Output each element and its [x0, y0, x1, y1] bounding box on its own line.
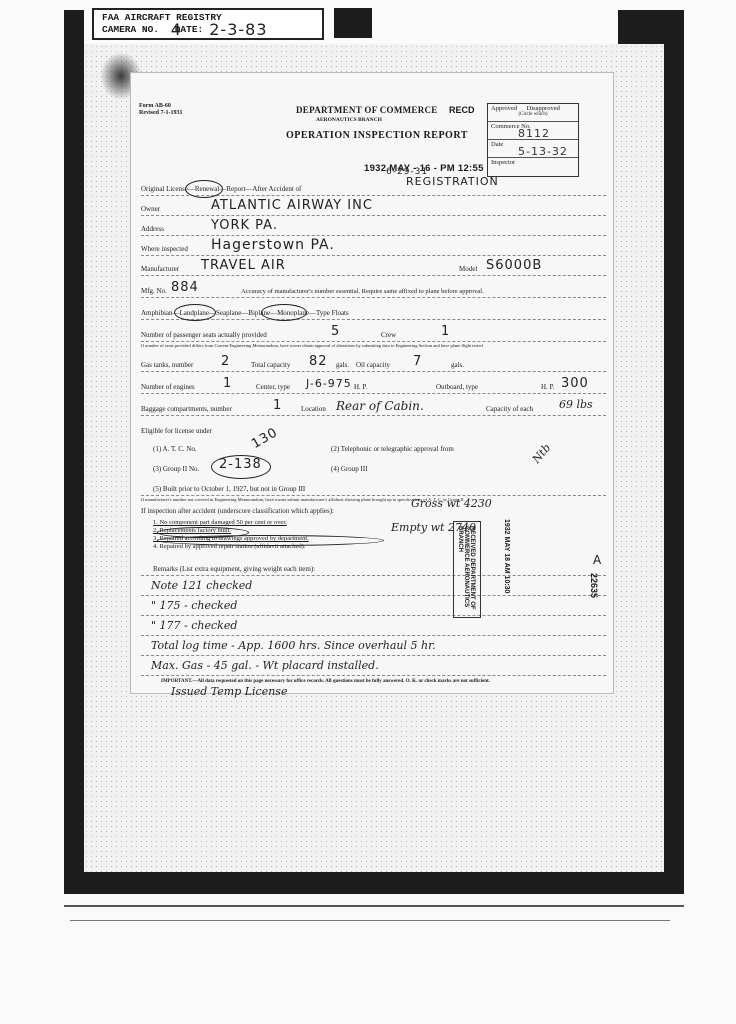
where-inspected-label: Where inspected — [141, 245, 188, 253]
commerce-no: 8112 — [518, 127, 550, 140]
engines-row: Number of engines 1 Center, type J-6-975… — [141, 375, 606, 394]
address-label: Address — [141, 225, 164, 233]
film-frame-left — [64, 10, 84, 890]
mfg-no-row: Mfg. No. 884 Accuracy of manufacturer's … — [141, 279, 606, 298]
camera-no: 4 — [171, 24, 182, 36]
form-number: Form AB-60 Revised 7-1-1931 — [139, 103, 183, 117]
date-label: Date — [491, 141, 503, 148]
registry-title: FAA AIRCRAFT REGISTRY — [102, 12, 314, 24]
owner-value: ATLANTIC AIRWAY INC — [211, 198, 373, 213]
eligible-label: Eligible for license under — [141, 427, 212, 435]
telephonic-label: (2) Telephonic or telegraphic approval f… — [331, 445, 454, 453]
page-title: OPERATION INSPECTION REPORT — [286, 130, 468, 141]
total-capacity-value: 82 — [309, 354, 328, 369]
reco-stamp: RECD — [449, 105, 475, 115]
owner-row: Owner ATLANTIC AIRWAY INC — [141, 197, 606, 216]
capacity-each-value: 69 lbs — [559, 398, 593, 411]
camera-label: FAA AIRCRAFT REGISTRY CAMERA NO. 4 DATE:… — [92, 8, 324, 40]
passenger-seats-row: Number of passenger seats actually provi… — [141, 323, 606, 342]
renewal-circle — [185, 180, 223, 198]
remark-text: " 177 - checked — [151, 619, 237, 632]
gals-label: gals. — [336, 361, 349, 369]
landplane-circle — [174, 304, 216, 321]
disapproved-option: Disapproved — [527, 105, 560, 112]
type-row: Amphibian—Landplane—Seaplane—Biplane—Mon… — [141, 301, 606, 320]
film-tab — [618, 10, 668, 46]
inspector-label: Inspector — [491, 159, 515, 166]
remark-line: " 175 - checked — [141, 597, 606, 616]
approval-row: Approved Disapproved (Circle which) — [488, 104, 578, 122]
baggage-number: 1 — [273, 398, 282, 413]
date-row: Date 5-13-32 — [488, 140, 578, 158]
address-row: Address YORK PA. — [141, 217, 606, 236]
seats-note: If number of seats provided differs from… — [141, 343, 606, 348]
remark-line: Note 121 checked — [141, 577, 606, 596]
form-revised: Revised 7-1-1931 — [139, 110, 183, 117]
mfg-no-label: Mfg. No. — [141, 287, 167, 295]
manufacturer-value: TRAVEL AIR — [201, 258, 286, 273]
repaired-circle — [157, 535, 384, 546]
hp-label: H. P. — [541, 383, 554, 391]
engines-label: Number of engines — [141, 383, 195, 391]
film-tab — [334, 8, 372, 38]
corner-mark: A — [593, 553, 602, 567]
issued-note: Issued Temp License — [171, 685, 287, 698]
form-id: Form AB-60 — [139, 103, 183, 110]
engines-value: 1 — [223, 376, 232, 391]
serial-stamp: 22635 — [589, 573, 599, 598]
remark-text: Max. Gas - 45 gal. - Wt placard installe… — [151, 659, 379, 672]
owner-label: Owner — [141, 205, 160, 213]
vertical-date-stamp: 1932 MAY 18 AM 10:30 — [503, 519, 510, 593]
circle-note: (Circle which) — [491, 112, 575, 117]
oil-capacity-label: Oil capacity — [356, 361, 390, 369]
report-type-row: Original License—Renewal—Report—After Ac… — [141, 177, 606, 196]
accident-date: 6-29-31 — [386, 167, 428, 177]
inspector-row: Inspector — [488, 158, 578, 176]
gas-tanks-value: 2 — [221, 354, 230, 369]
remark-text: Note 121 checked — [151, 579, 252, 592]
model-value: S6000B — [486, 258, 542, 273]
film-frame-bottom — [64, 872, 684, 894]
passenger-seats-value: 5 — [331, 324, 340, 339]
crew-label: Crew — [381, 331, 396, 339]
accident-item: 1. No component part damaged 50 per cent… — [153, 519, 309, 527]
group2-value: 2-138 — [219, 457, 262, 472]
hp-value: 300 — [561, 376, 589, 391]
where-inspected-row: Where inspected Hagerstown PA. — [141, 237, 606, 256]
remark-text: Total log time - App. 1600 hrs. Since ov… — [151, 639, 436, 652]
total-capacity-label: Total capacity — [251, 361, 290, 369]
capacity-each-label: Capacity of each — [486, 405, 533, 413]
approval-box: Approved Disapproved (Circle which) Comm… — [487, 103, 579, 177]
hp-label: H. P. — [354, 383, 367, 391]
mfg-no-value: 884 — [171, 280, 199, 295]
gals-label: gals. — [451, 361, 464, 369]
inspection-form: Form AB-60 Revised 7-1-1931 DEPARTMENT O… — [130, 72, 614, 694]
scan-artifact — [70, 920, 670, 921]
type-options: Amphibian—Landplane—Seaplane—Biplane—Mon… — [141, 309, 349, 317]
passenger-seats-label: Number of passenger seats actually provi… — [141, 331, 267, 339]
remarks-label: Remarks (List extra equipment, giving we… — [153, 565, 315, 573]
accident-label: If inspection after accident (underscore… — [141, 507, 334, 515]
built-prior-label: (5) Built prior to October 1, 1927, but … — [153, 485, 305, 493]
built-prior-row: (5) Built prior to October 1, 1927, but … — [141, 477, 606, 496]
mfg-note: Accuracy of manufacturer's number essent… — [241, 288, 484, 295]
branch-heading: AERONAUTICS BRANCH — [316, 117, 382, 123]
manufacturer-label: Manufacturer — [141, 265, 179, 273]
approved-option: Approved — [491, 105, 517, 112]
gas-tanks-row: Gas tanks, number 2 Total capacity 82 ga… — [141, 353, 606, 372]
oil-capacity-value: 7 — [413, 354, 422, 369]
received-stamp-box: RECEIVED DEPARTMENT OF COMMERCE AERONAUT… — [453, 521, 481, 618]
crew-value: 1 — [441, 324, 450, 339]
remarks-header-row: Remarks (List extra equipment, giving we… — [141, 557, 606, 576]
monoplane-circle — [261, 304, 307, 321]
remark-line: " 177 - checked — [141, 617, 606, 636]
location-value: Rear of Cabin. — [336, 399, 424, 413]
center-type-label: Center, type — [256, 383, 290, 391]
approval-date: 5-13-32 — [518, 145, 568, 158]
film-date: 2-3-83 — [209, 24, 267, 36]
where-inspected-value: Hagerstown PA. — [211, 237, 335, 253]
atc-label: (1) A. T. C. No. — [153, 445, 197, 453]
baggage-label: Baggage compartments, number — [141, 405, 232, 413]
received-stamp: RECEIVED DEPARTMENT OF COMMERCE AERONAUT… — [457, 526, 475, 612]
remark-text: " 175 - checked — [151, 599, 237, 612]
outboard-type-label: Outboard, type — [436, 383, 478, 391]
location-label: Location — [301, 405, 326, 413]
department-heading: DEPARTMENT OF COMMERCE — [296, 105, 438, 115]
important-note: IMPORTANT.—All data requested on this pa… — [161, 679, 490, 684]
scan-artifact — [64, 905, 684, 907]
center-type-value: J-6-975 — [306, 377, 352, 390]
camera-no-label: CAMERA NO. — [102, 24, 159, 35]
gross-weight: Gross wt 4230 — [411, 497, 492, 510]
address-value: YORK PA. — [211, 218, 278, 233]
model-label: Model — [459, 265, 477, 273]
baggage-row: Baggage compartments, number 1 Location … — [141, 397, 606, 416]
commerce-no-row: Commerce No. 8112 — [488, 122, 578, 140]
eligible-row: Eligible for license under — [141, 419, 606, 437]
group2-label: (3) Group II No. — [153, 465, 199, 473]
remark-line: Max. Gas - 45 gal. - Wt placard installe… — [141, 657, 606, 676]
remark-line: Total log time - App. 1600 hrs. Since ov… — [141, 637, 606, 656]
film-frame-right — [664, 10, 684, 890]
group2-row: (3) Group II No. 2-138 (4) Group III Ntb — [141, 457, 606, 475]
accident-row: If inspection after accident (underscore… — [141, 499, 606, 517]
gas-tanks-label: Gas tanks, number — [141, 361, 193, 369]
group3-label: (4) Group III — [331, 465, 368, 473]
manufacturer-row: Manufacturer TRAVEL AIR Model S6000B — [141, 257, 606, 276]
